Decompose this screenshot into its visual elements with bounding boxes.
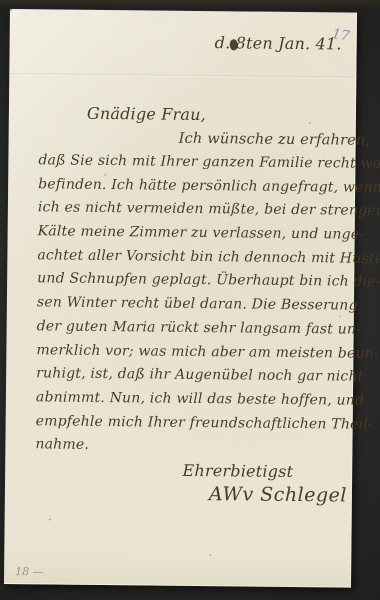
body-line: ruhigt, ist, daß ihr Augenübel noch gar … bbox=[36, 362, 350, 389]
manuscript-photo: { "colors": { "background": "#2b2b29", "… bbox=[0, 0, 380, 600]
body-line: merklich vor; was mich aber am meisten b… bbox=[36, 339, 350, 366]
closing-formula: Ehrerbietigst bbox=[182, 461, 293, 481]
body-line: daß Sie sich mit Ihrer ganzen Familie re… bbox=[38, 149, 352, 176]
body-line: befinden. Ich hätte persönlich angefragt… bbox=[38, 173, 352, 200]
body-line: der guten Maria rückt sehr langsam fast … bbox=[37, 315, 351, 342]
body-line: Kälte meine Zimmer zu verlassen, und ung… bbox=[38, 220, 352, 247]
body-line: nahme. bbox=[35, 434, 349, 461]
body-line: abnimmt. Nun, ich will das beste hoffen,… bbox=[36, 386, 350, 413]
salutation: Gnädige Frau, bbox=[87, 104, 206, 124]
body-line: sen Winter recht übel daran. Die Besseru… bbox=[37, 291, 351, 318]
letter-body: daß Sie sich mit Ihrer ganzen Familie re… bbox=[35, 149, 352, 460]
letter-paper: 17 d. 8ten Jan. 41. Gnädige Frau, Ich wü… bbox=[4, 9, 357, 588]
body-line: empfehle mich Ihrer freundschaftlichen T… bbox=[36, 410, 350, 437]
archival-note-pencil: 18 — bbox=[15, 565, 44, 578]
paper-specks bbox=[10, 9, 12, 11]
body-line: und Schnupfen geplagt. Überhaupt bin ich… bbox=[37, 268, 351, 295]
signature: AWv Schlegel bbox=[209, 483, 347, 506]
fold-crease bbox=[9, 73, 355, 79]
opening-line: Ich wünsche zu erfahren, bbox=[179, 131, 371, 149]
body-line: ich es nicht vermeiden müßte, bei der st… bbox=[38, 197, 352, 224]
body-line: achtet aller Vorsicht bin ich dennoch mi… bbox=[37, 244, 351, 271]
